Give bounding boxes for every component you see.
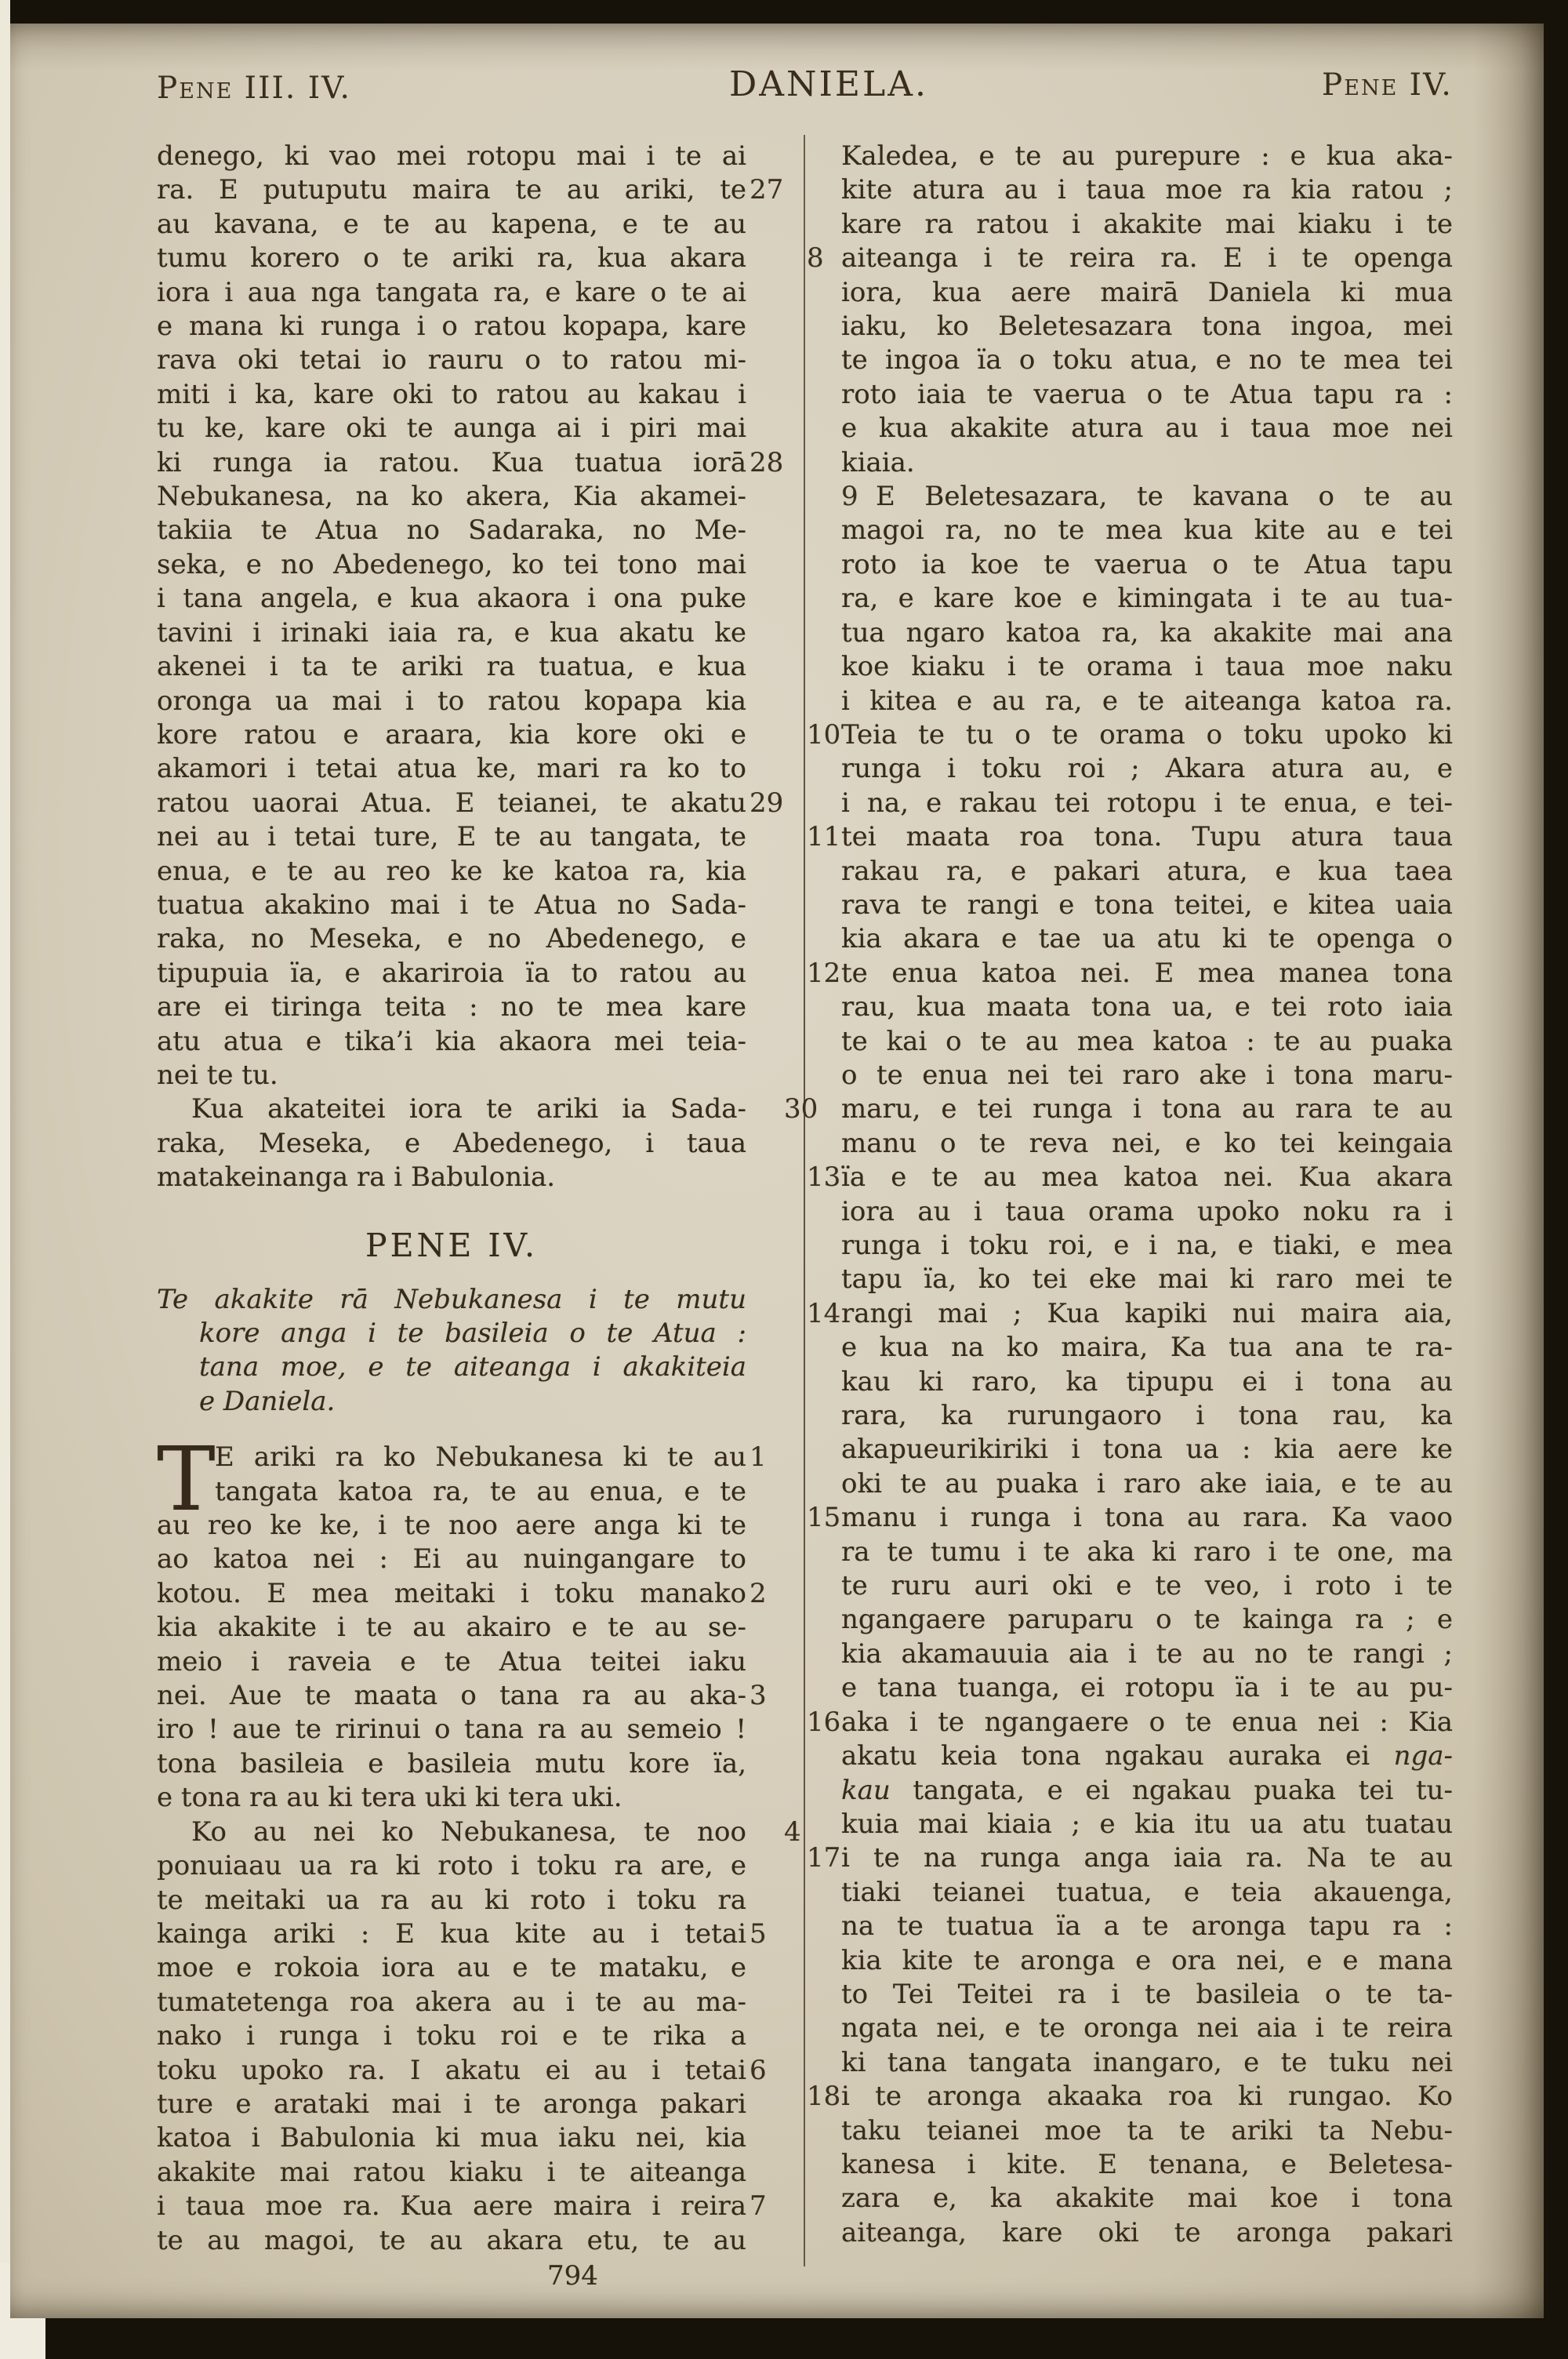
text-line: seka, e no Abedenego, ko tei tono mai — [157, 548, 746, 582]
line-text: raka, no Meseka, e no Abedenego, e — [157, 923, 746, 954]
line-text: kite atura au i taua moe ra kia ratou ; — [841, 174, 1453, 205]
text-line: kau ki raro, ka tipupu ei i tona au — [841, 1365, 1453, 1399]
line-text: raka, Meseka, e Abedenego, i taua — [157, 1128, 746, 1159]
text-line: te au magoi, te au akara etu, te au — [157, 2224, 746, 2258]
text-line: are ei tiringa teita : no te mea kare — [157, 990, 746, 1024]
line-text: aiteanga, kare oki te aronga pakari — [841, 2217, 1453, 2248]
line-text: seka, e no Abedenego, ko tei tono mai — [157, 549, 746, 580]
text-line: tana moe, e te aiteanga i akakiteia — [157, 1350, 746, 1384]
text-line: meio i raveia e te Atua teitei iaku — [157, 1645, 746, 1679]
line-text: rava oki tetai io rauru o to ratou mi- — [157, 344, 746, 376]
text-line: roto ia koe te vaerua o te Atua tapu — [841, 548, 1453, 582]
line-text: e kua na ko maira, Ka tua ana te ra- — [841, 1332, 1453, 1363]
text-line: ture e arataki mai i te aronga pakari — [157, 2088, 746, 2121]
text-line: oki te au puaka i raro ake iaia, e te au — [841, 1467, 1453, 1501]
text-line: te enua katoa nei. E mea manea tona12 — [841, 957, 1453, 990]
block-para: E Beletesazara, te kavana o te au9magoi … — [841, 480, 1453, 2250]
text-line: tei maata roa tona. Tupu atura taua11 — [841, 820, 1453, 854]
text-line: manu i runga i tona au rara. Ka vaoo15 — [841, 1501, 1453, 1535]
line-text: iora i aua nga tangata ra, e kare o te a… — [157, 277, 746, 308]
line-text: tua ngaro katoa ra, ka akakite mai ana — [841, 617, 1453, 649]
text-line: nei te tu. — [157, 1059, 746, 1092]
block-para: Kaledea, e te au purepure : e kua aka-ki… — [841, 140, 1453, 480]
line-text: taku teianei moe ta te ariki ta Nebu- — [841, 2115, 1453, 2146]
line-text: meio i raveia e te Atua teitei iaku — [157, 1646, 746, 1677]
running-head-right: Pene IV. — [1322, 67, 1453, 103]
text-line: iora au i taua orama upoko noku ra i — [841, 1195, 1453, 1229]
text-line: rara, ka rurungaoro i tona rau, ka — [841, 1399, 1453, 1433]
line-text: aka i te ngangaere o te enua nei : Kia — [841, 1707, 1453, 1738]
line-text: atu atua e tika’i kia akaora mei teia- — [157, 1026, 746, 1057]
text-line: e Daniela. — [157, 1385, 746, 1419]
line-text: Nebukanesa, na ko akera, Kia akamei- — [157, 481, 746, 512]
verse-number: 2 — [750, 1577, 793, 1611]
text-line: ki runga ia ratou. Kua tuatua iorā28 — [157, 446, 746, 480]
line-text: E ariki ra ko Nebukanesa ki te au — [215, 1441, 746, 1473]
text-line: akapueurikiriki i tona ua : kia aere ke — [841, 1433, 1453, 1467]
verse-number: 4 — [750, 1816, 793, 1849]
text-line: akakite mai ratou kiaku i te aiteanga — [157, 2156, 746, 2190]
text-line: ngata nei, e te oronga nei aia i te reir… — [841, 2012, 1453, 2045]
line-text: e mana ki runga i o ratou kopapa, kare — [157, 311, 746, 342]
verse-number: 29 — [750, 787, 793, 820]
text-line: kainga ariki : E kua kite au i tetai5 — [157, 1917, 746, 1951]
text-line: tona basileia e basileia mutu kore ïa, — [157, 1747, 746, 1781]
text-line: Ko au nei ko Nebukanesa, te noo4 — [157, 1816, 746, 1849]
column-divider-rule — [804, 135, 805, 2266]
line-text: manu o te reva nei, e ko tei keingaia — [841, 1128, 1453, 1159]
text-line: iora, kua aere mairā Daniela ki mua — [841, 276, 1453, 310]
text-line: miti i ka, kare oki to ratou au kakau i — [157, 378, 746, 412]
text-line: takiia te Atua no Sadaraka, no Me- — [157, 514, 746, 547]
line-text: oki te au puaka i raro ake iaia, e te au — [841, 1468, 1453, 1499]
text-line: moe e rokoia iora au e te mataku, e — [157, 1951, 746, 1985]
line-text: akamori i tetai atua ke, mari ra ko to — [157, 753, 746, 784]
line-text: tapu ïa, ko tei eke mai ki raro mei te — [841, 1263, 1453, 1295]
verse-number: 1 — [750, 1441, 793, 1474]
text-line: katoa i Babulonia ki mua iaku nei, kia — [157, 2121, 746, 2155]
verse-number: 11 — [807, 820, 837, 854]
verse-number: 9 — [807, 480, 837, 514]
column-right: Kaledea, e te au purepure : e kua aka-ki… — [841, 140, 1453, 2250]
line-text: matakeinanga ra i Babulonia. — [157, 1161, 555, 1193]
text-line: iro ! aue te ririnui o tana ra au semeio… — [157, 1713, 746, 1747]
line-text: runga i toku roi ; Akara atura au, e — [841, 753, 1453, 784]
verse-number: 14 — [807, 1297, 837, 1331]
line-text: tu ke, kare oki te aunga ai i piri mai — [157, 413, 746, 444]
text-line: zara e, ka akakite mai koe i tona — [841, 2182, 1453, 2215]
block-para: denego, ki vao mei rotopu mai i te aira.… — [157, 140, 746, 1092]
text-line: nako i runga i toku roi e te rika a — [157, 2019, 746, 2053]
line-text: rakau ra, e pakari atura, e kua taea — [841, 856, 1453, 887]
text-line: akamori i tetai atua ke, mari ra ko to — [157, 752, 746, 786]
line-text: manu i runga i tona au rara. Ka vaoo — [841, 1502, 1453, 1533]
line-text: nako i runga i toku roi e te rika a — [157, 2020, 746, 2052]
line-text: akakite mai ratou kiaku i te aiteanga — [157, 2157, 746, 2188]
text-line: kiaia. — [841, 446, 1453, 480]
line-text: to Tei Teitei ra i te basileia o te ta- — [841, 1979, 1453, 2010]
text-line: rakau ra, e pakari atura, e kua taea — [841, 855, 1453, 889]
line-text: magoi ra, no te mea kua kite au e tei — [841, 514, 1453, 546]
line-text: runga i toku roi, e i na, e tiaki, e mea — [841, 1230, 1453, 1261]
block-dropcap: TE ariki ra ko Nebukanesa ki te au1tanga… — [157, 1441, 746, 1815]
text-line: raka, Meseka, e Abedenego, i taua — [157, 1127, 746, 1161]
text-line: oronga ua mai i to ratou kopapa kia — [157, 685, 746, 718]
line-text: 794 — [547, 2260, 598, 2292]
text-line: tiaki teianei tuatua, e teia akauenga, — [841, 1876, 1453, 1910]
text-line: Te akakite rā Nebukanesa i te mutu — [157, 1283, 746, 1317]
line-text: zara e, ka akakite mai koe i tona — [841, 2183, 1453, 2214]
verse-number: 7 — [750, 2190, 793, 2223]
line-text: kia kite te aronga e ora nei, e e mana — [841, 1945, 1453, 1976]
line-text: rau, kua maata tona ua, e tei roto iaia — [841, 991, 1453, 1023]
text-line: na te tuatua ïa a te aronga tapu ra : — [841, 1910, 1453, 1943]
line-text: katoa i Babulonia ki mua iaku nei, kia — [157, 2122, 746, 2154]
verse-number: 8 — [807, 242, 837, 275]
line-text: iro ! aue te ririnui o tana ra au semeio… — [157, 1714, 746, 1745]
text-line: denego, ki vao mei rotopu mai i te ai — [157, 140, 746, 173]
line-text: kainga ariki : E kua kite au i tetai — [157, 1918, 746, 1950]
text-line: o te enua nei tei raro ake i tona maru- — [841, 1059, 1453, 1092]
line-text: oronga ua mai i to ratou kopapa kia — [157, 685, 746, 717]
text-line: kanesa i kite. E tenana, e Beletesa- — [841, 2148, 1453, 2182]
verse-number: 17 — [807, 1841, 837, 1875]
text-line: ngangaere paruparu o te kainga ra ; e — [841, 1603, 1453, 1637]
text-line: i taua moe ra. Kua aere maira i reira7 — [157, 2190, 746, 2223]
line-text: e tona ra au ki tera uki ki tera uki. — [157, 1782, 622, 1813]
line-text: nei te tu. — [157, 1060, 278, 1091]
line-text: e Daniela. — [199, 1386, 335, 1417]
line-text: kanesa i kite. E tenana, e Beletesa- — [841, 2149, 1453, 2180]
line-text: akatu keia tona ngakau auraka ei nga- — [841, 1740, 1453, 1772]
text-line: magoi ra, no te mea kua kite au e tei — [841, 514, 1453, 547]
text-line: PENE IV. — [157, 1225, 746, 1266]
text-line: atu atua e tika’i kia akaora mei teia- — [157, 1025, 746, 1059]
line-text: E Beletesazara, te kavana o te au — [876, 481, 1453, 512]
line-text: au kavana, e te au kapena, e te au — [157, 209, 746, 240]
verse-number: 13 — [807, 1161, 837, 1194]
text-line: iaku, ko Beletesazara tona ingoa, mei — [841, 310, 1453, 343]
text-line: kotou. E mea meitaki i toku manako2 — [157, 1577, 746, 1611]
text-line: roto iaia te vaerua o te Atua tapu ra : — [841, 378, 1453, 412]
text-line: ki tana tangata inangaro, e te tuku nei — [841, 2046, 1453, 2080]
text-line: au kavana, e te au kapena, e te au — [157, 208, 746, 242]
line-text: tona basileia e basileia mutu kore ïa, — [157, 1748, 746, 1779]
text-line: ratou uaorai Atua. E teianei, te akatu29 — [157, 787, 746, 820]
line-text: rangi mai ; Kua kapiki nui maira aia, — [841, 1298, 1453, 1329]
line-text: kare ra ratou i akakite mai kiaku i te — [841, 209, 1453, 240]
text-line: nei au i tetai ture, E te au tangata, te — [157, 820, 746, 854]
line-text: Kua akateitei iora te ariki ia Sada- — [191, 1093, 746, 1125]
line-text: kia akakite i te au akairo e te au se- — [157, 1612, 746, 1643]
line-text: te au magoi, te au akara etu, te au — [157, 2225, 746, 2256]
line-text: tangata katoa ra, te au enua, e te — [215, 1476, 746, 1507]
line-text: tiaki teianei tuatua, e teia akauenga, — [841, 1877, 1453, 1908]
line-text: enua, e te au reo ke ke katoa ra, kia — [157, 856, 746, 887]
line-text: au reo ke ke, i te noo aere anga ki te — [157, 1510, 746, 1541]
block-heading: PENE IV. — [157, 1225, 746, 1266]
line-text: iora, kua aere mairā Daniela ki mua — [841, 277, 1453, 308]
line-text: ra. E putuputu maira te au ariki, te — [157, 174, 746, 205]
text-line: te kai o te au mea katoa : te au puaka — [841, 1025, 1453, 1059]
text-line: ponuiaau ua ra ki roto i toku ra are, e — [157, 1849, 746, 1883]
line-text: iaku, ko Beletesazara tona ingoa, mei — [841, 311, 1453, 342]
text-line: iora i aua nga tangata ra, e kare o te a… — [157, 276, 746, 310]
text-line: tumatetenga roa akera au i te au ma- — [157, 1986, 746, 2019]
line-text: ture e arataki mai i te aronga pakari — [157, 2088, 746, 2120]
text-line: manu o te reva nei, e ko tei keingaia — [841, 1127, 1453, 1161]
line-text: o te enua nei tei raro ake i tona maru- — [841, 1060, 1453, 1091]
text-line: Teia te tu o te orama o toku upoko ki10 — [841, 718, 1453, 752]
line-text: kore anga i te basileia o te Atua : — [199, 1318, 746, 1349]
book-page: Pene III. IV. DANIELA. Pene IV. denego, … — [10, 24, 1544, 2318]
text-line: kite atura au i taua moe ra kia ratou ; — [841, 173, 1453, 207]
text-line: Nebukanesa, na ko akera, Kia akamei- — [157, 480, 746, 514]
verse-number: 10 — [807, 718, 837, 752]
block-pagenum: 794 — [157, 2259, 746, 2293]
line-text: tumu korero o te ariki ra, kua akara — [157, 242, 746, 274]
line-text: ki tana tangata inangaro, e te tuku nei — [841, 2047, 1453, 2078]
line-text: ra te tumu i te aka ki raro i te one, ma — [841, 1536, 1453, 1568]
line-text: rara, ka rurungaoro i tona rau, ka — [841, 1400, 1453, 1431]
line-text: kau ki raro, ka tipupu ei i tona au — [841, 1366, 1453, 1398]
verse-number: 18 — [807, 2080, 837, 2114]
text-line: te meitaki ua ra au ki roto i toku ra — [157, 1884, 746, 1917]
verse-number: 15 — [807, 1501, 837, 1535]
photo-edge-left — [0, 0, 10, 2359]
text-line: tipupuia ïa, e akariroia ïa to ratou au — [157, 957, 746, 990]
verse-number: 16 — [807, 1706, 837, 1739]
verse-number: 30 — [750, 1092, 793, 1126]
verse-number: 27 — [750, 173, 793, 207]
text-line: i te na runga anga iaia ra. Na te au17 — [841, 1841, 1453, 1875]
text-line: te ingoa ïa o toku atua, e no te mea tei — [841, 343, 1453, 377]
text-line: maru, e tei runga i tona au rara te au — [841, 1092, 1453, 1126]
text-line: runga i toku roi ; Akara atura au, e — [841, 752, 1453, 786]
line-text: Teia te tu o te orama o toku upoko ki — [841, 719, 1453, 751]
line-text: ponuiaau ua ra ki roto i toku ra are, e — [157, 1850, 746, 1881]
text-line: kia akakite i te au akairo e te au se- — [157, 1611, 746, 1645]
text-line: nei. Aue te maata o tana ra au aka-3 — [157, 1679, 746, 1713]
text-line: akenei i ta te ariki ra tuatua, e kua — [157, 650, 746, 684]
block-para: Kua akateitei iora te ariki ia Sada-30ra… — [157, 1092, 746, 1194]
text-line: toku upoko ra. I akatu ei au i tetai6 — [157, 2054, 746, 2088]
line-text: koe kiaku i te orama i taua moe naku — [841, 651, 1453, 682]
text-line: e tana tuanga, ei rotopu ïa i te au pu- — [841, 1671, 1453, 1705]
line-text: rava te rangi e tona teitei, e kitea uai… — [841, 889, 1453, 921]
line-text: na te tuatua ïa a te aronga tapu ra : — [841, 1910, 1453, 1942]
block-summary: Te akakite rā Nebukanesa i te mutukore a… — [157, 1283, 746, 1419]
line-text: kore ratou e araara, kia kore oki e — [157, 719, 746, 751]
text-line: rava te rangi e tona teitei, e kitea uai… — [841, 889, 1453, 922]
running-head-left: Pene III. IV. — [157, 71, 351, 106]
column-left: denego, ki vao mei rotopu mai i te aira.… — [157, 140, 746, 2293]
verse-number: 28 — [750, 446, 793, 480]
text-line: i te aronga akaaka roa ki rungao. Ko18 — [841, 2080, 1453, 2114]
text-line: e mana ki runga i o ratou kopapa, kare — [157, 310, 746, 343]
text-line: tumu korero o te ariki ra, kua akara — [157, 242, 746, 275]
line-text: te ruru auri oki e te veo, i roto i te — [841, 1570, 1453, 1601]
text-line: kuia mai kiaia ; e kia itu ua atu tuatau — [841, 1808, 1453, 1841]
line-text: akapueurikiriki i tona ua : kia aere ke — [841, 1434, 1453, 1465]
text-line: matakeinanga ra i Babulonia. — [157, 1161, 746, 1194]
text-line: kia kite te aronga e ora nei, e e mana — [841, 1944, 1453, 1978]
text-line: koe kiaku i te orama i taua moe naku — [841, 650, 1453, 684]
text-line: ao katoa nei : Ei au nuingangare to — [157, 1543, 746, 1576]
line-text: kuia mai kiaia ; e kia itu ua atu tuatau — [841, 1808, 1453, 1840]
line-text: kia akara e tae ua atu ki te openga o — [841, 923, 1453, 954]
line-text: moe e rokoia iora au e te mataku, e — [157, 1952, 746, 1983]
verse-number: 3 — [750, 1679, 793, 1713]
line-text: te enua katoa nei. E mea manea tona — [841, 958, 1453, 989]
line-text: aiteanga i te reira ra. E i te openga — [841, 242, 1453, 274]
line-text: tipupuia ïa, e akariroia ïa to ratou au — [157, 958, 746, 989]
line-text: Te akakite rā Nebukanesa i te mutu — [157, 1284, 746, 1315]
text-line: 794 — [157, 2259, 746, 2293]
text-line: ïa e te au mea katoa nei. Kua akara13 — [841, 1161, 1453, 1194]
text-line: ra. E putuputu maira te au ariki, te27 — [157, 173, 746, 207]
text-line: kia akamauuia aia i te au no te rangi ; — [841, 1637, 1453, 1671]
text-line: to Tei Teitei ra i te basileia o te ta- — [841, 1978, 1453, 2012]
text-line: tua ngaro katoa ra, ka akakite mai ana — [841, 616, 1453, 650]
running-head-title: DANIELA. — [729, 64, 928, 104]
text-line: ra te tumu i te aka ki raro i te one, ma — [841, 1536, 1453, 1569]
text-line: tapu ïa, ko tei eke mai ki raro mei te — [841, 1263, 1453, 1296]
scanned-book-photo: { "page": { "header": { "left": "Pene II… — [0, 0, 1568, 2359]
line-text: nei au i tetai ture, E te au tangata, te — [157, 821, 746, 852]
line-text: ki runga ia ratou. Kua tuatua iorā — [157, 447, 746, 478]
line-text: tana moe, e te aiteanga i akakiteia — [199, 1351, 746, 1383]
line-text: ratou uaorai Atua. E teianei, te akatu — [157, 787, 746, 819]
line-text: i na, e rakau tei rotopu i te enua, e te… — [841, 787, 1453, 819]
line-text: e kua akakite atura au i taua moe nei — [841, 413, 1453, 444]
line-text: kia akamauuia aia i te au no te rangi ; — [841, 1638, 1453, 1670]
text-line: kau tangata, e ei ngakau puaka tei tu- — [841, 1774, 1453, 1808]
line-text: te meitaki ua ra au ki roto i toku ra — [157, 1885, 746, 1916]
text-line: runga i toku roi, e i na, e tiaki, e mea — [841, 1229, 1453, 1263]
line-text: nei. Aue te maata o tana ra au aka- — [157, 1680, 746, 1711]
text-line: ra, e kare koe e kimingata i te au tua- — [841, 582, 1453, 616]
text-line: e kua na ko maira, Ka tua ana te ra- — [841, 1331, 1453, 1365]
line-text: takiia te Atua no Sadaraka, no Me- — [157, 514, 746, 546]
text-line: e kua akakite atura au i taua moe nei — [841, 412, 1453, 445]
line-text: i taua moe ra. Kua aere maira i reira — [157, 2190, 746, 2222]
line-text: denego, ki vao mei rotopu mai i te ai — [157, 140, 746, 172]
line-text: tavini i irinaki iaia ra, e kua akatu ke — [157, 617, 746, 649]
text-line: kia akara e tae ua atu ki te openga o — [841, 922, 1453, 956]
verse-number: 12 — [807, 957, 837, 990]
text-line: Kua akateitei iora te ariki ia Sada-30 — [157, 1092, 746, 1126]
text-line: Kaledea, e te au purepure : e kua aka- — [841, 140, 1453, 173]
line-text: toku upoko ra. I akatu ei au i tetai — [157, 2055, 746, 2086]
verse-number: 5 — [750, 1917, 793, 1951]
line-text: Ko au nei ko Nebukanesa, te noo — [191, 1816, 746, 1848]
text-line: kore ratou e araara, kia kore oki e — [157, 718, 746, 752]
text-line: rau, kua maata tona ua, e tei roto iaia — [841, 990, 1453, 1024]
text-line: raka, no Meseka, e no Abedenego, e — [157, 922, 746, 956]
line-text: iora au i taua orama upoko noku ra i — [841, 1196, 1453, 1227]
text-line: E Beletesazara, te kavana o te au9 — [841, 480, 1453, 514]
line-text: tuatua akakino mai i te Atua no Sada- — [157, 889, 746, 921]
line-text: ao katoa nei : Ei au nuingangare to — [157, 1543, 746, 1575]
line-text: kiaia. — [841, 447, 915, 478]
line-text: kau tangata, e ei ngakau puaka tei tu- — [841, 1775, 1453, 1806]
line-text: akenei i ta te ariki ra tuatua, e kua — [157, 651, 746, 682]
line-text: maru, e tei runga i tona au rara te au — [841, 1093, 1453, 1125]
text-line: tuatua akakino mai i te Atua no Sada- — [157, 889, 746, 922]
text-line: e tona ra au ki tera uki ki tera uki. — [157, 1781, 746, 1815]
line-text: tumatetenga roa akera au i te au ma- — [157, 1986, 746, 2018]
line-text: are ei tiringa teita : no te mea kare — [157, 991, 746, 1023]
line-text: e tana tuanga, ei rotopu ïa i te au pu- — [841, 1672, 1453, 1703]
text-line: aiteanga, kare oki te aronga pakari — [841, 2216, 1453, 2250]
text-line: tangata katoa ra, te au enua, e te — [157, 1475, 746, 1509]
line-text: i te na runga anga iaia ra. Na te au — [841, 1842, 1453, 1874]
text-line: akatu keia tona ngakau auraka ei nga- — [841, 1739, 1453, 1773]
text-line: kore anga i te basileia o te Atua : — [157, 1317, 746, 1350]
line-text: ngangaere paruparu o te kainga ra ; e — [841, 1604, 1453, 1635]
text-line: aiteanga i te reira ra. E i te openga8 — [841, 242, 1453, 275]
text-line: te ruru auri oki e te veo, i roto i te — [841, 1569, 1453, 1603]
line-text: ïa e te au mea katoa nei. Kua akara — [841, 1161, 1453, 1193]
line-text: roto iaia te vaerua o te Atua tapu ra : — [841, 379, 1453, 410]
text-line: enua, e te au reo ke ke katoa ra, kia — [157, 855, 746, 889]
text-line: i na, e rakau tei rotopu i te enua, e te… — [841, 787, 1453, 820]
text-line: i kitea e au ra, e te aiteanga katoa ra. — [841, 685, 1453, 718]
line-text: Kaledea, e te au purepure : e kua aka- — [841, 140, 1453, 172]
line-text: i tana angela, e kua akaora i ona puke — [157, 583, 746, 614]
line-text: i kitea e au ra, e te aiteanga katoa ra. — [841, 685, 1453, 717]
text-line: aka i te ngangaere o te enua nei : Kia16 — [841, 1706, 1453, 1739]
block-para: Ko au nei ko Nebukanesa, te noo4ponuiaau… — [157, 1816, 746, 2258]
line-text: tei maata roa tona. Tupu atura taua — [841, 821, 1453, 852]
line-text: ra, e kare koe e kimingata i te au tua- — [841, 583, 1453, 614]
line-text: PENE IV. — [365, 1227, 538, 1264]
line-text: i te aronga akaaka roa ki rungao. Ko — [841, 2081, 1453, 2112]
text-line: kare ra ratou i akakite mai kiaku i te — [841, 208, 1453, 242]
line-text: ngata nei, e te oronga nei aia i te reir… — [841, 2012, 1453, 2044]
text-line: rangi mai ; Kua kapiki nui maira aia,14 — [841, 1297, 1453, 1331]
text-line: rava oki tetai io rauru o to ratou mi- — [157, 343, 746, 377]
text-line: taku teianei moe ta te ariki ta Nebu- — [841, 2114, 1453, 2148]
verse-number: 6 — [750, 2054, 793, 2088]
text-line: i tana angela, e kua akaora i ona puke — [157, 582, 746, 616]
text-line: E ariki ra ko Nebukanesa ki te au1 — [157, 1441, 746, 1474]
line-text: miti i ka, kare oki to ratou au kakau i — [157, 379, 746, 410]
line-text: te ingoa ïa o toku atua, e no te mea tei — [841, 344, 1453, 376]
line-text: te kai o te au mea katoa : te au puaka — [841, 1026, 1453, 1057]
line-text: roto ia koe te vaerua o te Atua tapu — [841, 549, 1453, 580]
text-line: au reo ke ke, i te noo aere anga ki te — [157, 1509, 746, 1543]
text-line: tavini i irinaki iaia ra, e kua akatu ke — [157, 616, 746, 650]
line-text: kotou. E mea meitaki i toku manako — [157, 1578, 746, 1609]
text-line: tu ke, kare oki te aunga ai i piri mai — [157, 412, 746, 445]
